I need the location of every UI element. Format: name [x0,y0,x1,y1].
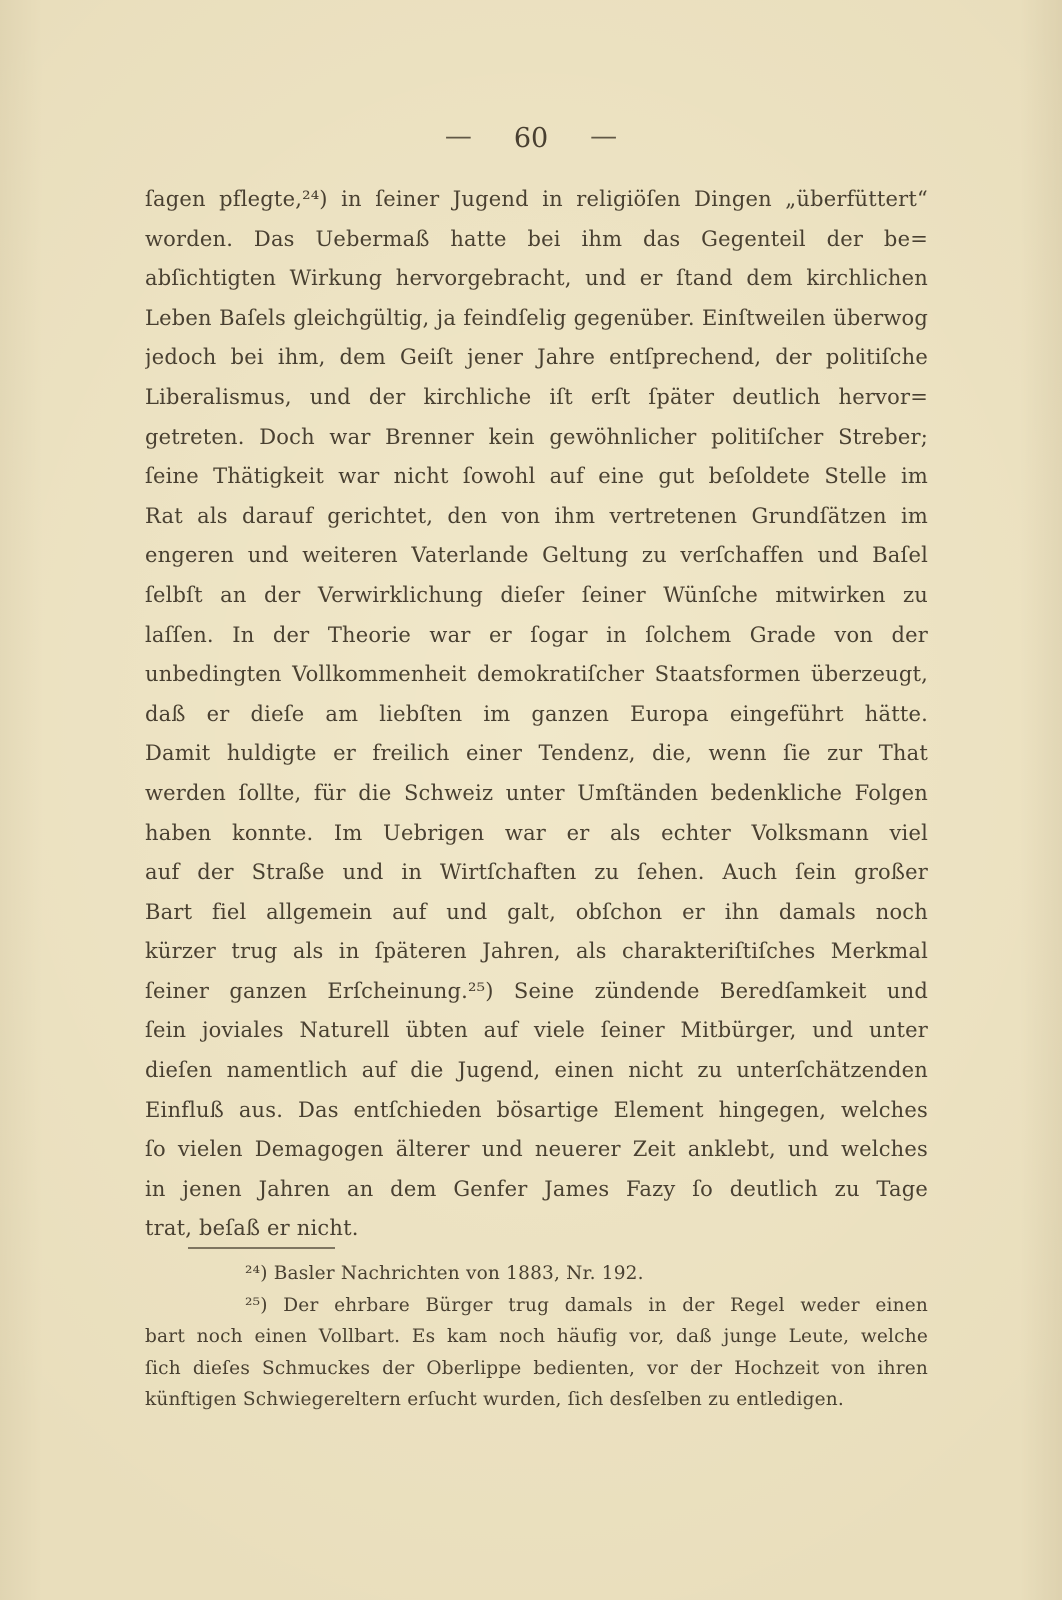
page-header: — 60 — [0,123,1062,154]
header-left-dash: — [445,121,472,152]
text-line: ſeiner ganzen Erſcheinung.²⁵) Seine zünd… [145,972,928,1012]
text-line: worden. Das Uebermaß hatte bei ihm das G… [145,220,928,260]
text-line: in jenen Jahren an dem Genfer James Fazy… [145,1170,928,1210]
footnote-line: ²⁴) Basler Nachrichten von 1883, Nr. 192… [145,1258,928,1290]
text-line: ſeine Thätigkeit war nicht ſowohl auf ei… [145,457,928,497]
text-line: ſelbſt an der Verwirklichung dieſer ſein… [145,576,928,616]
scanned-book-page: — 60 — ſagen pflegte,²⁴) in ſeiner Jugen… [0,0,1062,1600]
header-right-dash: — [590,121,617,152]
text-line: Einfluß aus. Das entſchieden bösartige E… [145,1091,928,1131]
text-line: laſſen. In der Theorie war er ſogar in ſ… [145,616,928,656]
text-line: werden ſollte, für die Schweiz unter Umſ… [145,774,928,814]
text-line: jedoch bei ihm, dem Geiſt jener Jahre en… [145,338,928,378]
text-line: unbedingten Vollkommenheit demokratiſche… [145,655,928,695]
footnote-line: bart noch einen Vollbart. Es kam noch hä… [145,1321,928,1353]
main-text-block: ſagen pflegte,²⁴) in ſeiner Jugend in re… [145,180,928,1249]
text-line: auf der Straße und in Wirtſchaften zu ſe… [145,853,928,893]
footnote-line: ²⁵) Der ehrbare Bürger trug damals in de… [145,1290,928,1322]
footnotes-block: ²⁴) Basler Nachrichten von 1883, Nr. 192… [145,1258,928,1416]
text-line: Leben Baſels gleichgültig, ja feindſelig… [145,299,928,339]
text-line: Rat als darauf gerichtet, den von ihm ve… [145,497,928,537]
text-line: abſichtigten Wirkung hervorgebracht, und… [145,259,928,299]
text-line: engeren und weiteren Vaterlande Geltung … [145,536,928,576]
text-line: haben konnte. Im Uebrigen war er als ech… [145,814,928,854]
text-line: Liberalismus, und der kirchliche iſt erſ… [145,378,928,418]
text-line: daß er dieſe am liebſten im ganzen Europ… [145,695,928,735]
text-line: ſo vielen Demagogen älterer und neuerer … [145,1130,928,1170]
text-line: kürzer trug als in ſpäteren Jahren, als … [145,932,928,972]
footnote-line: ſich dieſes Schmuckes der Oberlippe bedi… [145,1353,928,1385]
footnote-line: künftigen Schwiegereltern erſucht wurden… [145,1384,928,1416]
text-line: getreten. Doch war Brenner kein gewöhnli… [145,418,928,458]
text-line: Damit huldigte er freilich einer Tendenz… [145,734,928,774]
text-line: dieſen namentlich auf die Jugend, einen … [145,1051,928,1091]
text-line: ſein joviales Naturell übten auf viele ſ… [145,1011,928,1051]
footnote-separator-rule [188,1247,335,1249]
page-number: 60 [514,123,548,154]
text-line: trat, beſaß er nicht. [145,1209,928,1249]
text-line: Bart fiel allgemein auf und galt, obſcho… [145,893,928,933]
text-line: ſagen pflegte,²⁴) in ſeiner Jugend in re… [145,180,928,220]
